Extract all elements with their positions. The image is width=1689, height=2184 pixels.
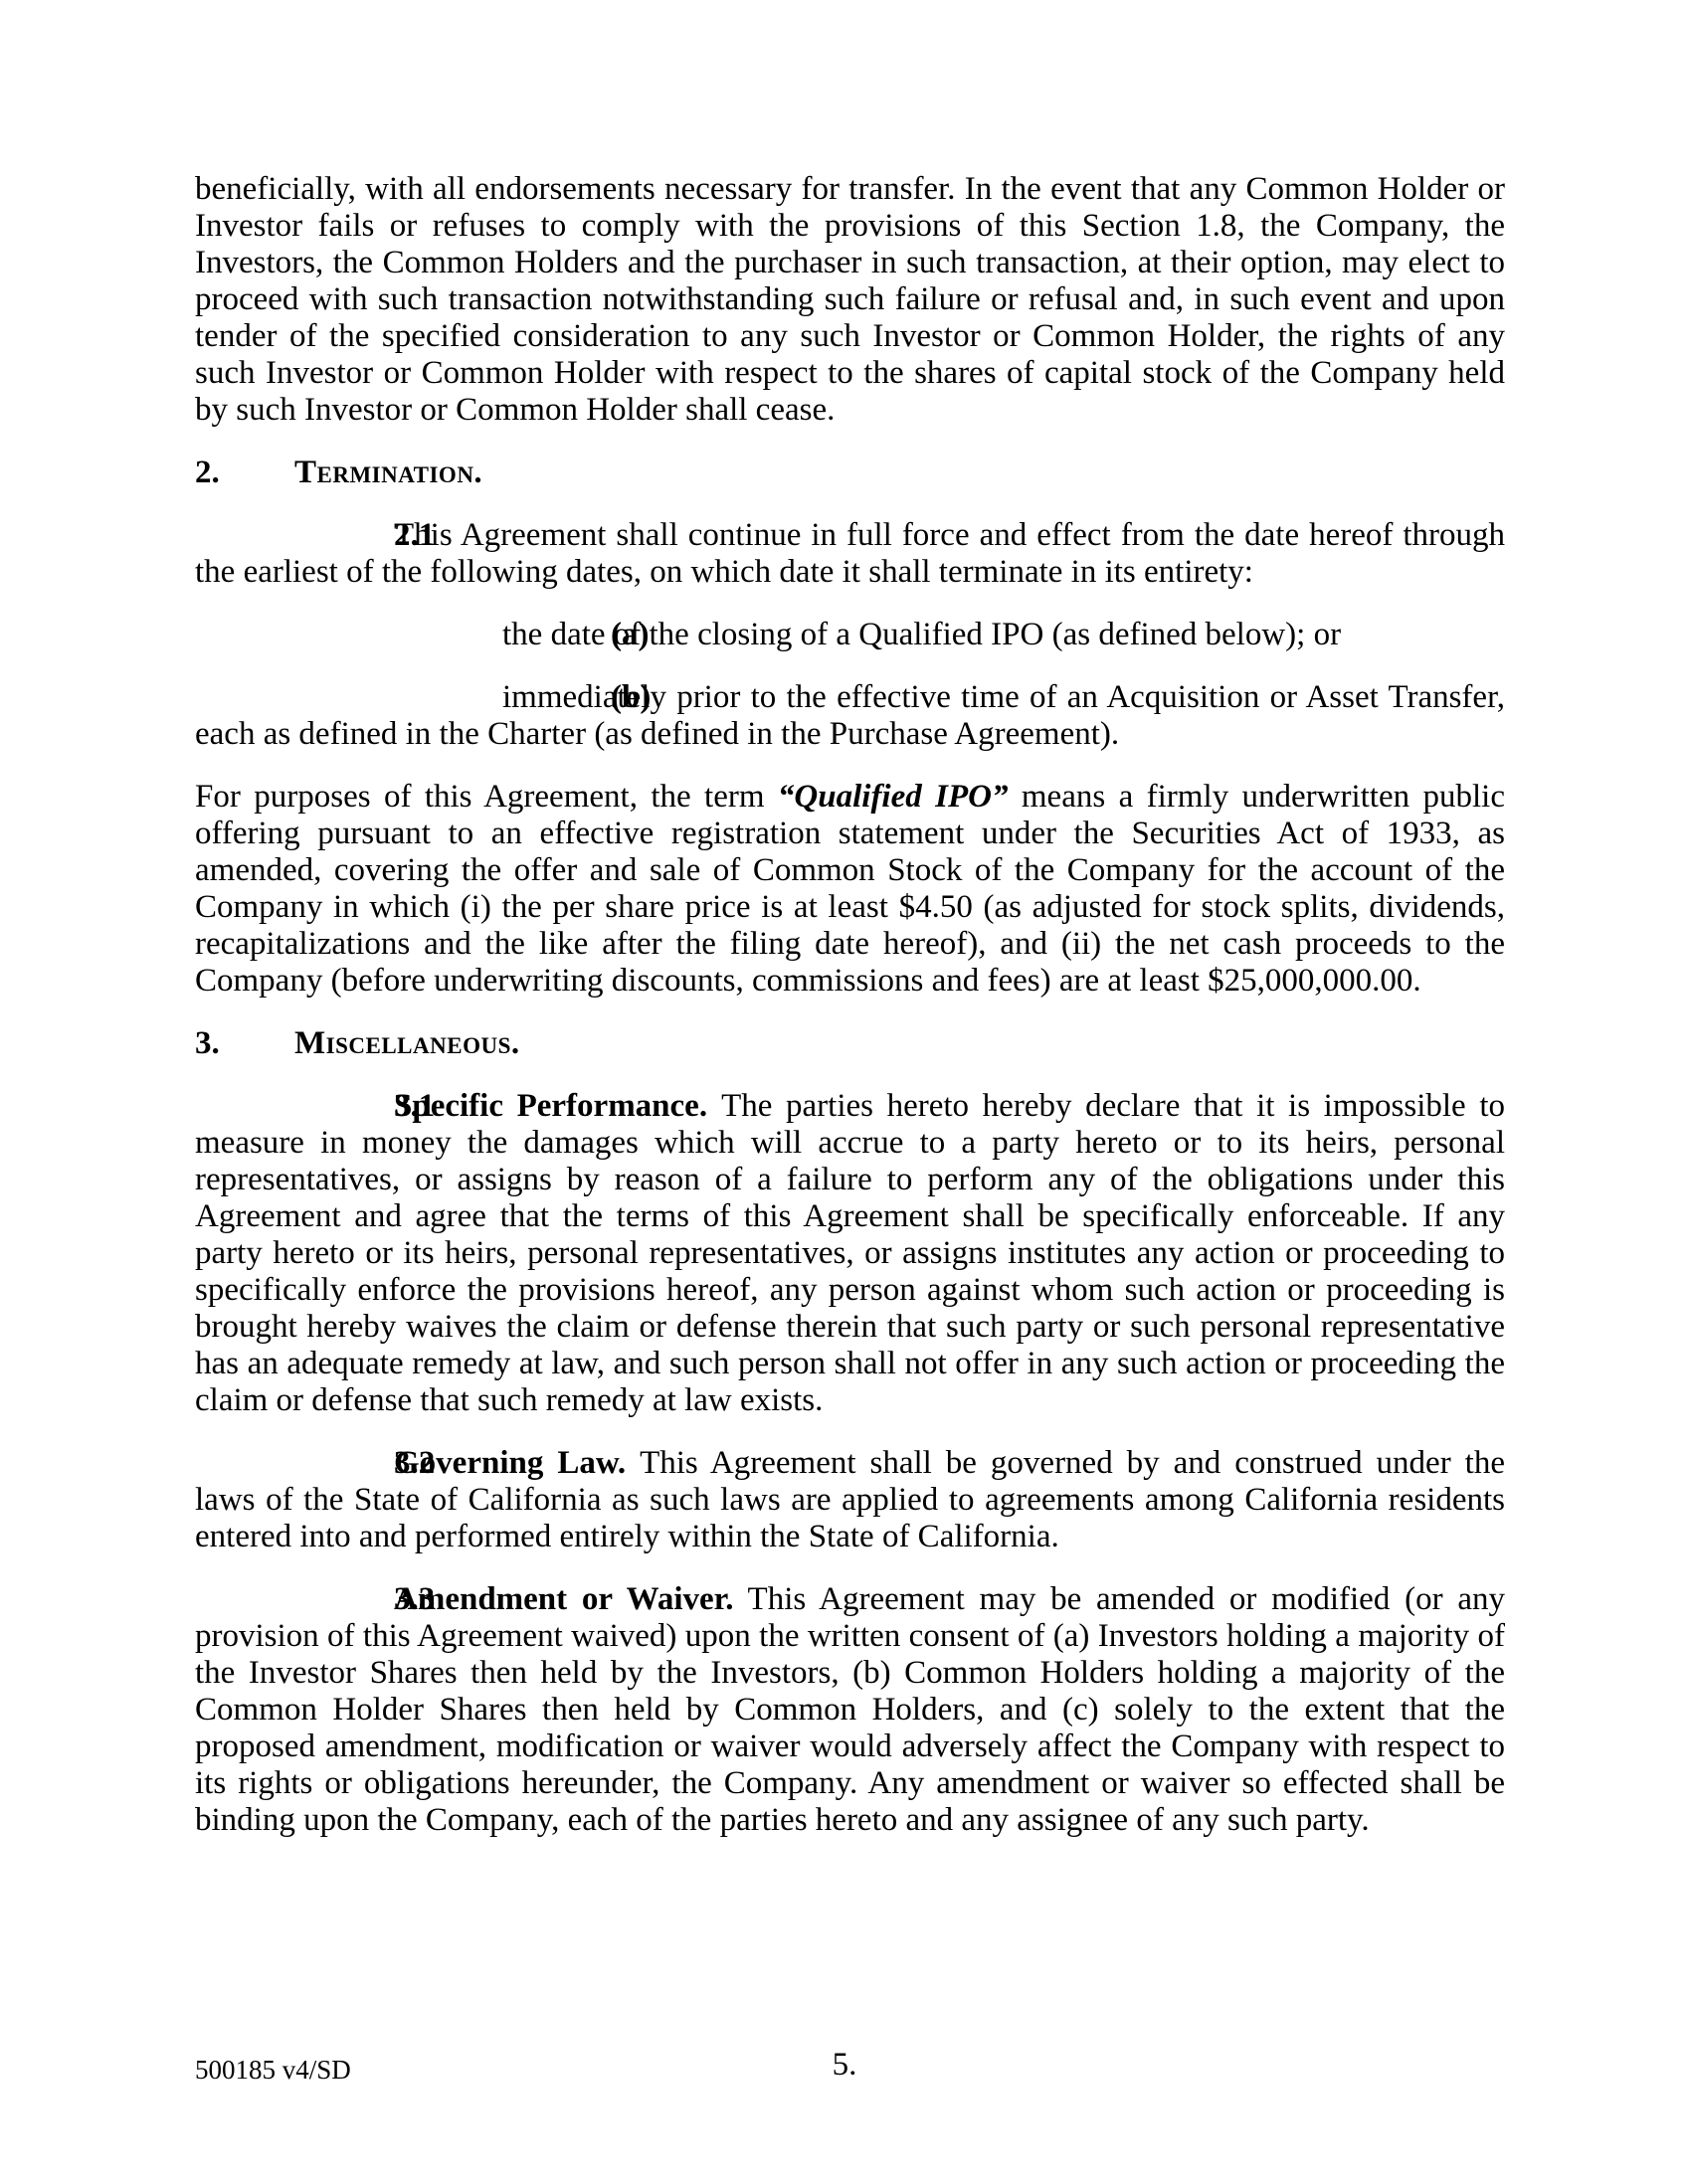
item-b-text: immediately prior to the effective time … <box>195 679 1505 752</box>
item-b-marker: (b) <box>403 679 502 716</box>
clause-3-2: 3.2Governing Law.This Agreement shall be… <box>195 1445 1505 1555</box>
qualified-ipo-definition: For purposes of this Agreement, the term… <box>195 779 1505 1000</box>
page-content: beneficially, with all endorsements nece… <box>195 171 1505 1865</box>
section-3-heading: 3.Miscellaneous. <box>195 1025 1505 1062</box>
clause-2-1-item-a: (a)the date of the closing of a Qualifie… <box>195 617 1505 653</box>
clause-3-1: 3.1Specific Performance.The parties here… <box>195 1088 1505 1419</box>
clause-3-3-number: 3.3 <box>294 1581 394 1618</box>
clause-3-3-text: This Agreement may be amended or modifie… <box>195 1581 1505 1838</box>
section-2-number: 2. <box>195 455 294 491</box>
item-a-marker: (a) <box>403 617 502 653</box>
section-3-title: Miscellaneous. <box>294 1025 520 1061</box>
clause-2-1: 2.1This Agreement shall continue in full… <box>195 517 1505 591</box>
document-page: beneficially, with all endorsements nece… <box>0 0 1689 2184</box>
clause-3-1-number: 3.1 <box>294 1088 394 1125</box>
document-id: 500185 v4/SD <box>195 2055 351 2086</box>
item-a-text: the date of the closing of a Qualified I… <box>502 617 1341 652</box>
section-2-title: Termination. <box>294 455 482 490</box>
paragraph-continuation: beneficially, with all endorsements nece… <box>195 171 1505 429</box>
section-3-number: 3. <box>195 1025 294 1062</box>
clause-3-2-number: 3.2 <box>294 1445 394 1482</box>
section-2-heading: 2.Termination. <box>195 455 1505 491</box>
clause-3-1-heading: Specific Performance. <box>394 1088 707 1124</box>
clause-3-3: 3.3Amendment or Waiver.This Agreement ma… <box>195 1581 1505 1839</box>
qualified-ipo-before: For purposes of this Agreement, the term <box>195 779 778 815</box>
clause-2-1-item-b: (b)immediately prior to the effective ti… <box>195 679 1505 753</box>
page-footer: 5. 500185 v4/SD <box>0 2047 1689 2087</box>
clause-2-1-number: 2.1 <box>294 517 394 554</box>
clause-3-1-text: The parties hereto hereby declare that i… <box>195 1088 1505 1418</box>
qualified-ipo-term: “Qualified IPO” <box>778 779 1009 815</box>
clause-3-2-heading: Governing Law. <box>394 1445 626 1481</box>
clause-3-3-heading: Amendment or Waiver. <box>394 1581 734 1617</box>
